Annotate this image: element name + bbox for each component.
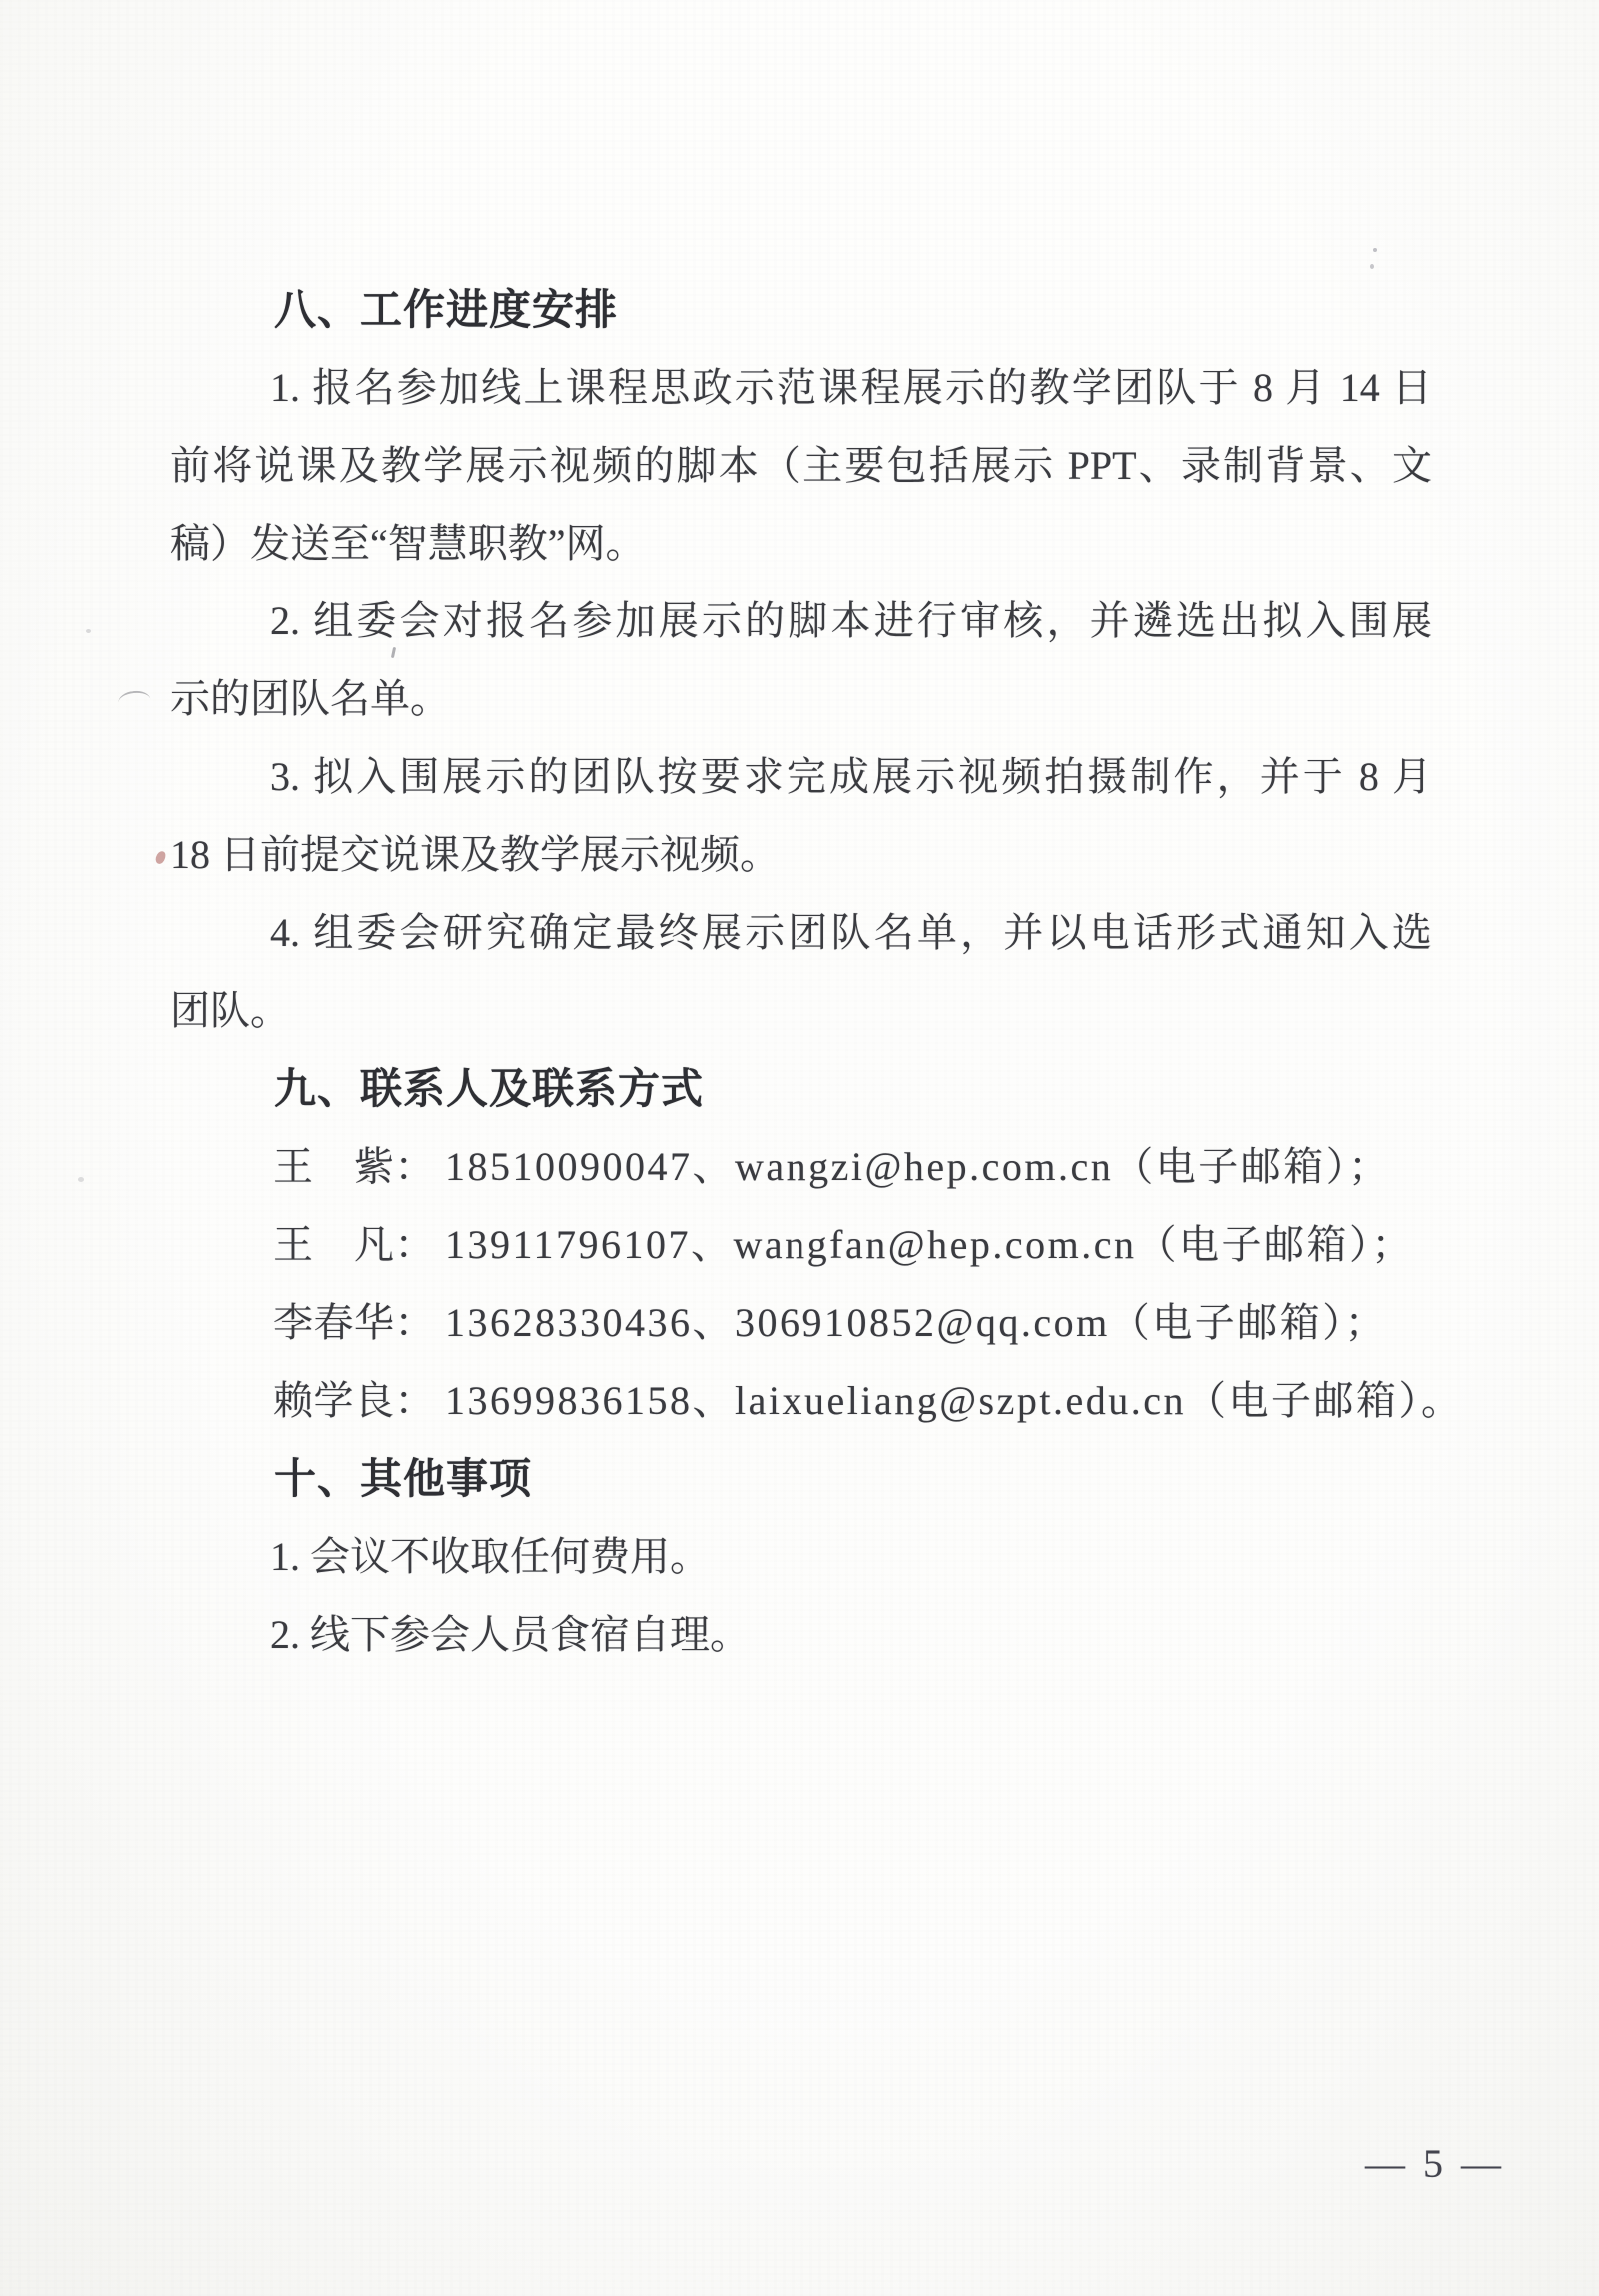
contact-name: 李春华：	[273, 1300, 435, 1345]
other-matters-item-1: 1. 会议不收取任何费用。	[170, 1518, 1432, 1596]
other-matters-item-2: 2. 线下参会人员食宿自理。	[170, 1596, 1432, 1674]
contact-info: 18510090047、wangzi@hep.com.cn（电子邮箱）；	[445, 1144, 1391, 1189]
paragraph-2-line-1: 2. 组委会对报名参加展示的脚本进行审核，并遴选出拟入围展	[170, 582, 1432, 660]
paragraph-4-line-1: 4. 组委会研究确定最终展示团队名单，并以电话形式通知入选	[170, 894, 1432, 972]
contact-info: 13699836158、laixueliang@szpt.edu.cn（电子邮箱…	[445, 1378, 1464, 1423]
paragraph-1-line-3: 稿）发送至“智慧职教”网。	[170, 505, 1432, 582]
contact-name: 王 凡：	[273, 1222, 435, 1267]
scan-artifact-red-speck	[155, 850, 167, 865]
scan-artifact-dot	[1373, 248, 1377, 252]
contact-line-wang-fan: 王 凡：13911796107、wangfan@hep.com.cn（电子邮箱）…	[170, 1206, 1432, 1284]
contact-info: 13911796107、wangfan@hep.com.cn（电子邮箱）；	[445, 1222, 1414, 1267]
document-body: 八、工作进度安排 1. 报名参加线上课程思政示范课程展示的教学团队于 8 月 1…	[170, 271, 1432, 1674]
contact-info: 13628330436、306910852@qq.com（电子邮箱）；	[445, 1300, 1387, 1345]
section-heading-contacts: 九、联系人及联系方式	[170, 1050, 1432, 1128]
section-heading-other-matters: 十、其他事项	[170, 1440, 1432, 1518]
paragraph-2-line-2: 示的团队名单。	[170, 660, 1432, 738]
contact-name: 赖学良：	[273, 1378, 435, 1423]
scan-artifact-dot	[1370, 264, 1374, 269]
paragraph-3-line-1: 3. 拟入围展示的团队按要求完成展示视频拍摄制作，并于 8 月	[170, 738, 1432, 816]
contact-line-lai-xueliang: 赖学良：13699836158、laixueliang@szpt.edu.cn（…	[170, 1362, 1432, 1440]
scan-artifact-squiggle	[118, 689, 151, 703]
page-number: — 5 —	[1365, 2140, 1505, 2188]
contact-line-li-chunhua: 李春华：13628330436、306910852@qq.com（电子邮箱）；	[170, 1284, 1432, 1362]
paragraph-1-line-2: 前将说课及教学展示视频的脚本（主要包括展示 PPT、录制背景、文	[170, 427, 1432, 505]
paragraph-1-line-1: 1. 报名参加线上课程思政示范课程展示的教学团队于 8 月 14 日	[170, 349, 1432, 427]
contact-line-wang-zi: 王 紫：18510090047、wangzi@hep.com.cn（电子邮箱）；	[170, 1128, 1432, 1206]
contact-name: 王 紫：	[273, 1144, 435, 1189]
scanned-document-page: 八、工作进度安排 1. 报名参加线上课程思政示范课程展示的教学团队于 8 月 1…	[0, 0, 1599, 2296]
paragraph-3-line-2: 18 日前提交说课及教学展示视频。	[170, 816, 1432, 894]
scan-artifact-speck	[78, 1177, 84, 1182]
section-heading-work-schedule: 八、工作进度安排	[170, 271, 1432, 349]
paragraph-4-line-2: 团队。	[170, 972, 1432, 1050]
scan-artifact-speck	[86, 629, 91, 633]
